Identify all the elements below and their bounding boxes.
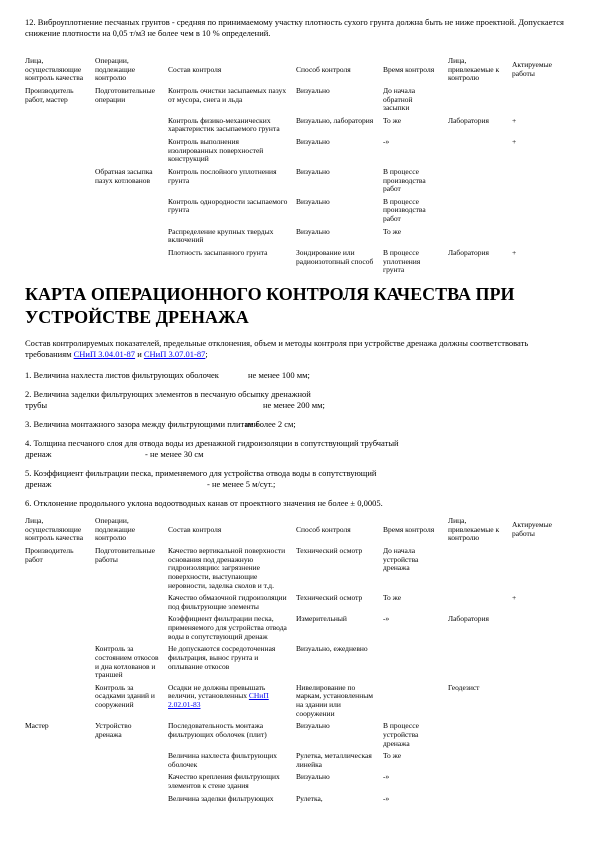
table-cell: Последовательность монтажа фильтрующих о… xyxy=(168,722,296,739)
table-cell: До начала устройства дренажа xyxy=(383,547,448,573)
requirement-item-6: 6. Отклонение продольного уклона водоотв… xyxy=(25,498,570,509)
requirement-value: не более 2 см; xyxy=(245,419,296,430)
table-cell: Контроль физико-механических характерист… xyxy=(168,117,296,134)
requirements-list: 1. Величина нахлеста листов фильтрующих … xyxy=(25,370,570,509)
header-cell-time: Время контроля xyxy=(383,526,448,535)
table-cell: Подготовительные работы xyxy=(95,547,168,564)
table-cell-with-link: Осадки не должны превышать величин, уста… xyxy=(168,684,296,710)
table-cell: Контроль очистки засыпаемых пазух от мус… xyxy=(168,87,296,104)
table-cell: Визуально xyxy=(296,168,383,177)
table-cell: То же xyxy=(383,752,448,761)
table-cell: Лаборатория xyxy=(448,249,512,258)
requirement-text: 6. Отклонение продольного уклона водоотв… xyxy=(25,498,383,508)
table-cell: Измерительный xyxy=(296,615,383,624)
table-row: Коэффициент фильтрации песка, применяемо… xyxy=(25,615,570,641)
header-cell-time: Время контроля xyxy=(383,66,448,75)
table-cell: Не допускаются сосредоточенная фильтраци… xyxy=(168,645,296,671)
table-row: Величина нахлеста фильтрующих оболочек Р… xyxy=(25,752,570,769)
table-row: Производитель работ Подготовительные раб… xyxy=(25,547,570,590)
table-cell: Мастер xyxy=(25,722,95,731)
table-cell: Визуально xyxy=(296,138,383,147)
requirement-text: 5. Коэффициент фильтрации песка, применя… xyxy=(25,468,376,478)
requirement-item-3: 3. Величина монтажного зазора между филь… xyxy=(25,419,570,430)
table-cell: Подготовительные операции xyxy=(95,87,168,104)
header-cell-persons: Лица, осуществляющие контроль качества xyxy=(25,57,95,83)
requirement-text: дренаж xyxy=(25,479,52,489)
table-cell: Величина нахлеста фильтрующих оболочек xyxy=(168,752,296,769)
intro-paragraph: Состав контролируемых показателей, преде… xyxy=(25,338,570,360)
table-cell: То же xyxy=(383,594,448,603)
requirement-item-5: 5. Коэффициент фильтрации песка, применя… xyxy=(25,468,570,490)
header-cell-method: Способ контроля xyxy=(296,526,383,535)
table-cell: То же xyxy=(383,228,448,237)
table-cell: Технический осмотр xyxy=(296,547,383,556)
requirement-value: не менее 200 мм; xyxy=(263,400,325,411)
table-cell: Производитель работ, мастер xyxy=(25,87,95,104)
table-cell: Коэффициент фильтрации песка, применяемо… xyxy=(168,615,296,641)
table-row: Мастер Устройство дренажа Последовательн… xyxy=(25,722,570,748)
table-row: Контроль однородности засыпаемого грунта… xyxy=(25,198,570,224)
header-cell-method: Способ контроля xyxy=(296,66,383,75)
requirement-item-2: 2. Величина заделки фильтрующих элементо… xyxy=(25,389,570,411)
note-item-12: 12. Виброуплотнение песчаных грунтов - с… xyxy=(25,17,570,39)
requirement-text: трубы xyxy=(25,400,47,410)
table-cell: Устройство дренажа xyxy=(95,722,168,739)
table-cell: Контроль выполнения изолированных поверх… xyxy=(168,138,296,164)
table-cell: Обратная засыпка пазух котлованов xyxy=(95,168,168,185)
requirement-item-1: 1. Величина нахлеста листов фильтрующих … xyxy=(25,370,570,381)
table-cell: -» xyxy=(383,773,448,782)
table-cell: Лаборатория xyxy=(448,615,512,624)
requirement-text: 4. Толщина песчаного слоя для отвода вод… xyxy=(25,438,399,448)
header-cell-involved: Лица, привлекаемые к контролю xyxy=(448,517,512,543)
table-row: Контроль выполнения изолированных поверх… xyxy=(25,138,570,164)
table-cell: Визуально, лаборатория xyxy=(296,117,383,126)
table-header-row: Лица, осуществляющие контроль качества О… xyxy=(25,57,570,83)
table-cell: Величина заделки фильтрующих xyxy=(168,795,296,804)
table-cell: + xyxy=(512,594,570,603)
table-cell: -» xyxy=(383,138,448,147)
requirement-value: - не менее 5 м/сут.; xyxy=(207,479,275,490)
table-cell: -» xyxy=(383,615,448,624)
table-cell: + xyxy=(512,138,570,147)
table-cell: Контроль за осадками зданий и сооружений xyxy=(95,684,168,710)
table-cell: Качество вертикальной поверхности основа… xyxy=(168,547,296,590)
table-cell: В процессе производства работ xyxy=(383,198,448,224)
table-cell: Контроль однородности засыпаемого грунта xyxy=(168,198,296,215)
table-cell: -» xyxy=(383,795,448,804)
table-cell: + xyxy=(512,249,570,258)
table-row: Обратная засыпка пазух котлованов Контро… xyxy=(25,168,570,194)
table-cell: Лаборатория xyxy=(448,117,512,126)
table-cell: В процессе уплотнения грунта xyxy=(383,249,448,275)
header-cell-persons: Лица, осуществляющие контроль качества xyxy=(25,517,95,543)
table-cell: Визуально xyxy=(296,228,383,237)
table-cell: Рулетка, xyxy=(296,795,383,804)
table-cell: Плотность засыпанного грунта xyxy=(168,249,296,258)
table-row: Контроль за осадками зданий и сооружений… xyxy=(25,684,570,719)
header-cell-involved: Лица, привлекаемые к контролю xyxy=(448,57,512,83)
table-cell: Качество обмазочной гидроизоляции под фи… xyxy=(168,594,296,611)
table-row: Качество обмазочной гидроизоляции под фи… xyxy=(25,594,570,611)
header-cell-acted: Актируемые работы xyxy=(512,61,570,78)
table-cell: Визуально xyxy=(296,722,383,731)
table-cell: Нивелирование по маркам, установленным н… xyxy=(296,684,383,719)
table-cell: До начала обратной засыпки xyxy=(383,87,448,113)
table-cell: Визуально xyxy=(296,87,383,96)
table-row: Производитель работ, мастер Подготовител… xyxy=(25,87,570,113)
table-cell: Распределение крупных твердых включений xyxy=(168,228,296,245)
snip-3-04-01-87-link[interactable]: СНиП 3.04.01-87 xyxy=(74,349,135,359)
table-cell: Технический осмотр xyxy=(296,594,383,603)
requirement-text: 2. Величина заделки фильтрующих элементо… xyxy=(25,389,311,399)
table-row: Контроль за состоянием откосов и дна кот… xyxy=(25,645,570,680)
table-header-row: Лица, осуществляющие контроль качества О… xyxy=(25,517,570,543)
header-cell-operations: Операции, подлежащие контролю xyxy=(95,517,168,543)
requirement-value: не менее 100 мм; xyxy=(248,370,310,381)
table-cell: Визуально xyxy=(296,198,383,207)
document-page: 12. Виброуплотнение песчаных грунтов - с… xyxy=(0,0,595,842)
table-cell: Визуально xyxy=(296,773,383,782)
table-cell: Производитель работ xyxy=(25,547,95,564)
requirement-text: 3. Величина монтажного зазора между филь… xyxy=(25,419,258,429)
table-row: Величина заделки фильтрующих Рулетка, -» xyxy=(25,795,570,804)
table-cell: В процессе производства работ xyxy=(383,168,448,194)
table-cell: Качество крепления фильтрующих элементов… xyxy=(168,773,296,790)
backfill-control-table: Лица, осуществляющие контроль качества О… xyxy=(25,57,570,275)
page-title: КАРТА ОПЕРАЦИОННОГО КОНТРОЛЯ КАЧЕСТВА ПР… xyxy=(25,283,570,330)
table-cell: Рулетка, металлическая линейка xyxy=(296,752,383,769)
table-cell: Контроль послойного уплотнения грунта xyxy=(168,168,296,185)
table-row: Контроль физико-механических характерист… xyxy=(25,117,570,134)
table-cell: Зондирование или радиоизотопный способ xyxy=(296,249,383,266)
requirement-text: 1. Величина нахлеста листов фильтрующих … xyxy=(25,370,219,380)
header-cell-operations: Операции, подлежащие контролю xyxy=(95,57,168,83)
snip-3-07-01-87-link[interactable]: СНиП 3.07.01-87 xyxy=(144,349,205,359)
table-cell: В процессе устройства дренажа xyxy=(383,722,448,748)
requirement-text: дренаж xyxy=(25,449,52,459)
intro-text-post: ; xyxy=(205,349,207,359)
header-cell-acted: Актируемые работы xyxy=(512,521,570,538)
table-row: Качество крепления фильтрующих элементов… xyxy=(25,773,570,790)
header-cell-scope: Состав контроля xyxy=(168,66,296,75)
drainage-control-table: Лица, осуществляющие контроль качества О… xyxy=(25,517,570,803)
table-cell: + xyxy=(512,117,570,126)
header-cell-scope: Состав контроля xyxy=(168,526,296,535)
table-cell: Геодезист xyxy=(448,684,512,693)
table-row: Распределение крупных твердых включений … xyxy=(25,228,570,245)
table-cell: Контроль за состоянием откосов и дна кот… xyxy=(95,645,168,680)
table-cell: То же xyxy=(383,117,448,126)
requirement-item-4: 4. Толщина песчаного слоя для отвода вод… xyxy=(25,438,570,460)
table-cell: Визуально, ежедневно xyxy=(296,645,383,654)
intro-text-mid: и xyxy=(135,349,144,359)
requirement-value: - не менее 30 см xyxy=(145,449,204,460)
table-row: Плотность засыпанного грунта Зондировани… xyxy=(25,249,570,275)
